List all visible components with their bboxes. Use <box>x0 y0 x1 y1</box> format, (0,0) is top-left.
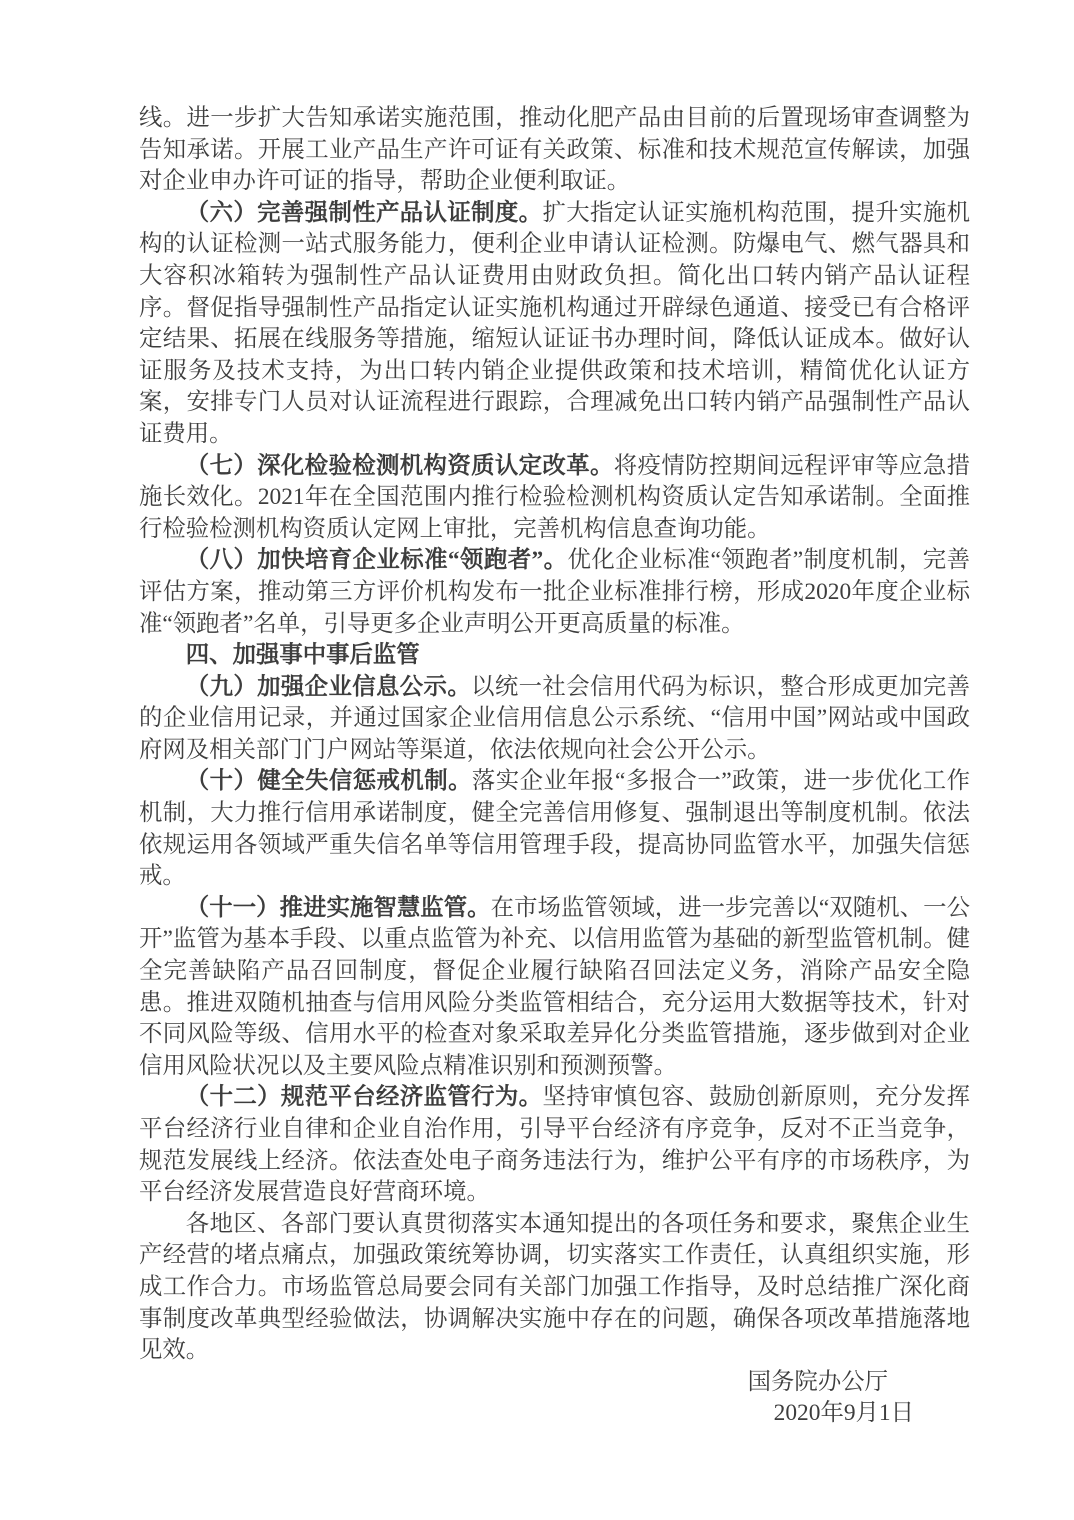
paragraph-lead: （十）健全失信惩戒机制。 <box>186 768 472 794</box>
paragraph-lead: （九）加强企业信息公示。 <box>186 674 471 700</box>
paragraph-lead: （八）加快培育企业标准“领跑者”。 <box>186 547 568 573</box>
paragraph-lead: （七）深化检验检测机构资质认定改革。 <box>186 453 614 479</box>
paragraph: （六）完善强制性产品认证制度。扩大指定认证实施机构范围，提升实施机构的认证检测一… <box>139 198 970 451</box>
paragraph: 线。进一步扩大告知承诺实施范围，推动化肥产品由目前的后置现场审查调整为告知承诺。… <box>139 103 970 198</box>
document-body: 线。进一步扩大告知承诺实施范围，推动化肥产品由目前的后置现场审查调整为告知承诺。… <box>139 103 970 1430</box>
paragraph: （十）健全失信惩戒机制。落实企业年报“多报合一”政策，进一步优化工作机制，大力推… <box>139 766 970 892</box>
paragraph-list: 线。进一步扩大告知承诺实施范围，推动化肥产品由目前的后置现场审查调整为告知承诺。… <box>139 103 970 1367</box>
paragraph: （八）加快培育企业标准“领跑者”。优化企业标准“领跑者”制度机制，完善评估方案，… <box>139 545 970 640</box>
paragraph: （十二）规范平台经济监管行为。坚持审慎包容、鼓励创新原则，充分发挥平台经济行业自… <box>139 1082 970 1208</box>
paragraph-lead: （十二）规范平台经济监管行为。 <box>186 1084 543 1110</box>
paragraph: 各地区、各部门要认真贯彻落实本通知提出的各项任务和要求，聚焦企业生产经营的堵点痛… <box>139 1209 970 1367</box>
paragraph: （十一）推进实施智慧监管。在市场监管领域，进一步完善以“双随机、一公开”监管为基… <box>139 893 970 1083</box>
section-heading: 四、加强事中事后监管 <box>139 640 970 672</box>
signature-office: 国务院办公厅 <box>139 1367 970 1399</box>
paragraph-lead: （六）完善强制性产品认证制度。 <box>186 200 543 226</box>
paragraph-lead: 四、加强事中事后监管 <box>186 642 420 668</box>
paragraph: （七）深化检验检测机构资质认定改革。将疫情防控期间远程评审等应急措施长效化。20… <box>139 451 970 546</box>
paragraph-lead: （十一）推进实施智慧监管。 <box>186 895 491 921</box>
paragraph: （九）加强企业信息公示。以统一社会信用代码为标识，整合形成更加完善的企业信用记录… <box>139 672 970 767</box>
signature-date: 2020年9月1日 <box>139 1398 970 1430</box>
document-page: 线。进一步扩大告知承诺实施范围，推动化肥产品由目前的后置现场审查调整为告知承诺。… <box>0 0 1074 1520</box>
